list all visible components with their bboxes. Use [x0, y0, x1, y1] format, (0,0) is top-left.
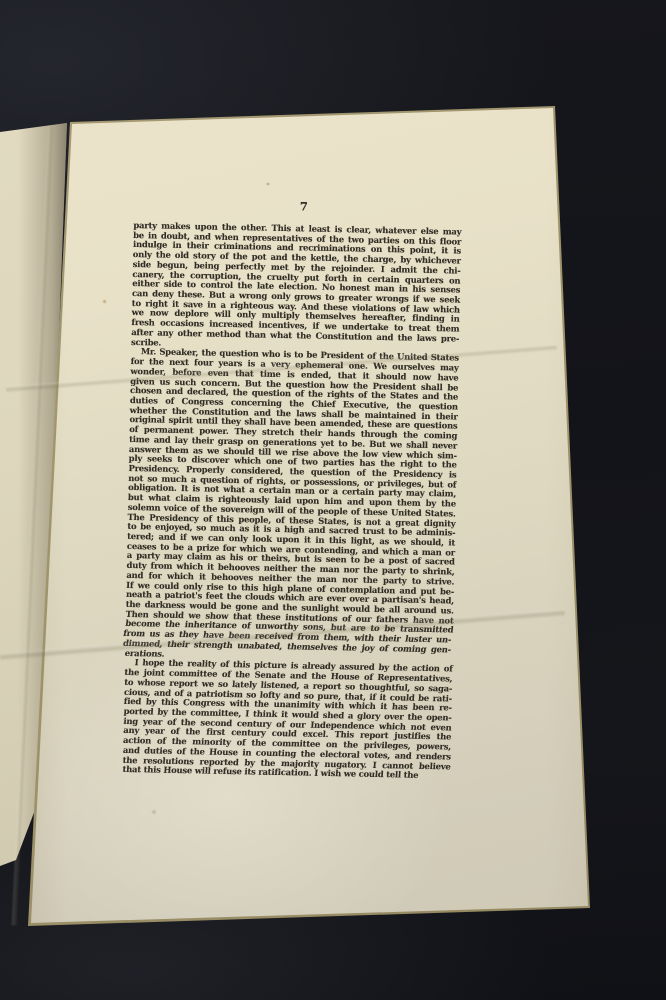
body-text: party makes upon the other. This at leas… [122, 221, 461, 781]
paragraph: party makes upon the other. This at leas… [131, 221, 461, 354]
paragraph: Mr. Speaker, the question who is to be P… [125, 347, 459, 665]
paragraph: I hope the reality of this picture is al… [122, 658, 452, 781]
text-block: 7 party makes upon the other. This at le… [122, 196, 462, 781]
photograph-of-document: 7 party makes upon the other. This at le… [0, 0, 666, 1000]
